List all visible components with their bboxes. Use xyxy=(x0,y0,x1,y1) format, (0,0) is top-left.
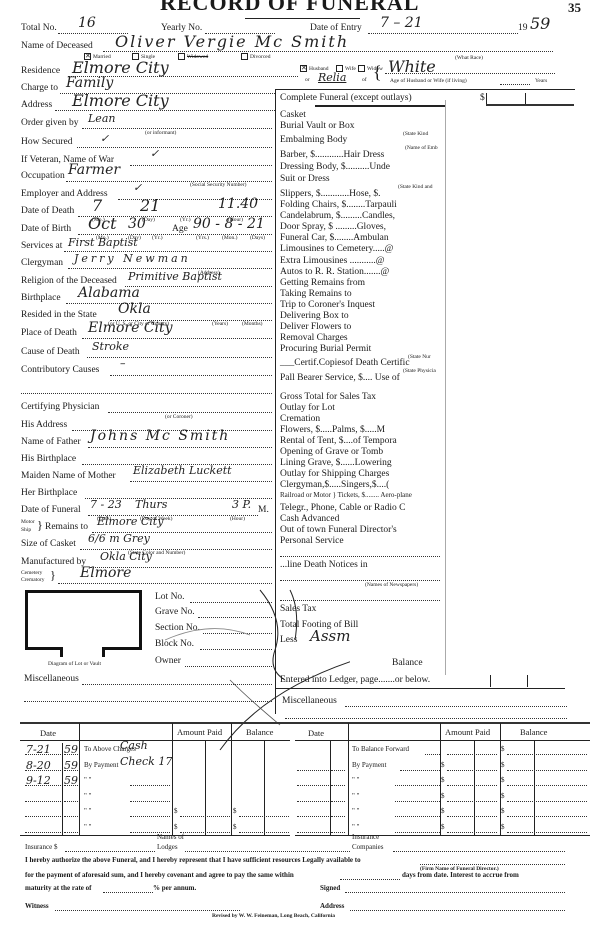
casket-size-value: 6/6 m Grey xyxy=(88,532,150,545)
name-value: Oliver Vergie Mc Smith xyxy=(115,32,349,51)
age-label: Age xyxy=(172,224,188,234)
motor-brace: } xyxy=(37,518,43,533)
charge-item: Telegr., Phone, Cable or Radio C xyxy=(280,503,405,513)
ledger-year: 59 xyxy=(64,774,78,787)
page-number: 35 xyxy=(568,0,581,16)
ledger-desc: " " xyxy=(352,792,359,800)
date-of-entry-line xyxy=(368,33,518,34)
auth-line-3b: % per annum. xyxy=(153,884,196,892)
years-label: Years xyxy=(535,78,547,84)
charge-item: Taking Remains to xyxy=(280,289,352,299)
date-of-entry-value: 7 – 21 xyxy=(380,15,423,31)
signed-line xyxy=(345,892,565,893)
spouse-or: or xyxy=(305,77,310,83)
address-line xyxy=(55,110,275,111)
resided-sub-years: (Years) xyxy=(212,321,228,327)
husband-checkbox[interactable]: ✕ xyxy=(300,65,307,72)
race-label: (What Race) xyxy=(455,55,483,61)
charges-top-border xyxy=(275,89,575,90)
motor-label: Motor xyxy=(21,519,35,525)
blank-line xyxy=(280,556,440,557)
ledger-desc: By Payment xyxy=(84,761,118,769)
cemetery-value: Elmore xyxy=(80,565,131,581)
contrib-line-2 xyxy=(21,393,272,394)
cause-label: Cause of Death xyxy=(21,347,80,357)
ledger-hw-note: Check 17 xyxy=(120,755,172,768)
page-title: RECORD OF FUNERAL xyxy=(160,0,419,16)
ledger-desc: To Balance Forward xyxy=(352,745,409,753)
marital-widowed[interactable]: Widowed xyxy=(178,53,208,60)
charge-sub: (Names of Newspapers) xyxy=(365,582,418,588)
charge-item: Suit or Dress xyxy=(280,174,330,184)
ledger-left-row: " " xyxy=(20,790,290,805)
ledger-date: 8-20 xyxy=(26,759,51,772)
total-no-label: Total No. xyxy=(21,23,57,33)
mother-line xyxy=(130,481,272,482)
ledger-right-balance-header: Balance xyxy=(520,727,547,737)
place-death-label: Place of Death xyxy=(21,328,77,338)
lot-diagram-leg-l xyxy=(60,647,63,657)
funeral-sub-hour: (Hour) xyxy=(230,516,245,522)
age-spouse-label: Age of Husband or Wife (if living) xyxy=(390,78,467,84)
coroner-sub: (or Coroner) xyxy=(165,414,193,420)
dod-day: 21 xyxy=(140,196,160,215)
charge-item: Autos to R. R. Station.......@ xyxy=(280,267,389,277)
charge-item: ...line Death Notices in xyxy=(280,560,368,570)
ledger-desc: " " xyxy=(84,792,91,800)
ledger-left-row: " "$$ xyxy=(20,805,290,820)
address-footer-line xyxy=(350,910,565,911)
widowed-checkbox[interactable] xyxy=(178,53,185,60)
signed-label: Signed xyxy=(320,884,340,892)
how-secured-value: ✓ xyxy=(100,132,109,145)
auth-line-2b: days from date. Interest to accrue from xyxy=(402,871,519,879)
date-of-death-label: Date of Death xyxy=(21,206,74,216)
of-label: of xyxy=(362,77,367,83)
casket-size-label: Size of Casket xyxy=(21,539,76,549)
spouse-of-value: Relia xyxy=(318,71,346,84)
remains-label: Remains to xyxy=(45,522,88,532)
charge-item: Gross Total for Sales Tax xyxy=(280,392,376,402)
widow-checkbox[interactable] xyxy=(358,65,365,72)
charge-item: Out of town Funeral Director's xyxy=(280,525,397,535)
ledger-right-date-header: Date xyxy=(308,728,324,738)
employer-value: ✓ xyxy=(133,181,142,194)
charge-item-complete-funeral: Complete Funeral (except outlays) xyxy=(280,93,412,103)
auth-line-1: I hereby authorize the above Funeral, an… xyxy=(25,856,361,864)
charge-item: Getting Remains from xyxy=(280,278,365,288)
charge-sub: (Name of Emb xyxy=(405,145,438,151)
contrib-label: Contributory Causes xyxy=(21,365,99,375)
ledger-left-row: " "$$ xyxy=(20,821,290,836)
ins-comp-label-2: Companies xyxy=(352,843,384,851)
birthplace-value: Alabama xyxy=(78,285,140,301)
contrib-value: – xyxy=(120,357,126,370)
ledger-right-row: " "$$ xyxy=(295,821,590,836)
contrib-line xyxy=(110,375,272,376)
resided-label: Resided in the State xyxy=(21,310,97,320)
dob-day: 30 xyxy=(128,216,146,232)
clergyman-label: Clergyman xyxy=(21,258,63,268)
name-label: Name of Deceased xyxy=(21,41,93,51)
charge-sub: (State Physicia xyxy=(403,368,436,374)
date-of-birth-label: Date of Birth xyxy=(21,224,71,234)
charge-item: Flowers, $.....Palms, $.....M xyxy=(280,425,385,435)
lot-diagram-gap xyxy=(62,647,104,653)
charge-sub: (State Kind xyxy=(403,131,428,137)
resided-sub-months: (Months) xyxy=(242,321,262,327)
charge-item: Dressing Body, $..........Unde xyxy=(280,162,390,172)
funeral-m: M. xyxy=(258,505,269,515)
charge-item: Cash Advanced xyxy=(280,514,339,524)
charge-sub: (State Kind and xyxy=(398,184,433,190)
misc-label: Miscellaneous xyxy=(24,674,79,684)
year-value: 59 xyxy=(530,14,550,33)
crematory-label: Crematory xyxy=(21,577,45,583)
residence-label: Residence xyxy=(21,66,60,76)
charge-item: Removal Charges xyxy=(280,333,348,343)
ledger-right-amount-header: Amount Paid xyxy=(445,727,490,737)
days-line xyxy=(340,879,400,880)
ship-label: Ship xyxy=(21,527,31,533)
charge-item: Burial Vault or Box xyxy=(280,121,355,131)
cause-value: Stroke xyxy=(92,340,129,353)
ledger-hw-note: Cash xyxy=(120,739,148,752)
revised-by: Revised by W. W. Feineman, Long Beach, C… xyxy=(212,913,335,919)
religion-line xyxy=(125,286,272,287)
name-line xyxy=(103,51,553,52)
how-secured-line xyxy=(77,147,272,148)
charge-item: Outlay for Shipping Charges xyxy=(280,469,389,479)
or-informant-label: (or informant) xyxy=(145,130,176,136)
cause-line xyxy=(87,357,272,358)
lot-diagram-leg-r xyxy=(102,647,105,657)
lodges-label-1: Names of xyxy=(157,833,184,841)
services-value: First Baptist xyxy=(68,236,138,249)
diagram-label: Diagram of Lot or Vault xyxy=(48,661,101,667)
dob-sub-yrs: (Yrs.) xyxy=(196,235,209,241)
charge-item: Pall Bearer Service, $.... Use of xyxy=(280,373,400,383)
ledger-right-header-line xyxy=(295,740,590,741)
charge-item: Trip to Coroner's Inquest xyxy=(280,300,375,310)
charge-item: Delivering Box to xyxy=(280,311,349,321)
auth-line-2a: for the payment of aforesaid sum, and I … xyxy=(25,871,294,879)
occupation-label: Occupation xyxy=(21,171,65,181)
manufactured-label: Manufactured by xyxy=(21,557,86,567)
charge-item: Door Spray, $ .........Gloves, xyxy=(280,222,386,232)
charge-item: Folding Chairs, $........Tarpauli xyxy=(280,200,397,210)
charge-item: Casket xyxy=(280,110,306,120)
charge-item: Cremation xyxy=(280,414,320,424)
lot-diagram xyxy=(25,590,142,650)
ledger-right-row: " "$$ xyxy=(295,774,590,789)
dod-sub-yr: (Yr.) xyxy=(180,217,191,223)
place-death-line xyxy=(82,338,272,339)
birthplace-label: Birthplace xyxy=(21,293,61,303)
ins-comp-label-1: Insurance xyxy=(352,833,379,841)
year-prefix: 19 xyxy=(518,23,528,33)
charges-misc-line xyxy=(345,706,567,707)
charge-item: Barber, $............Hair Dress xyxy=(280,150,384,160)
father-label: Name of Father xyxy=(21,437,81,447)
cemetery-label: Cemetery xyxy=(21,570,42,576)
ledger-left-row: 8-2059By PaymentCheck 17 xyxy=(20,759,290,774)
cemetery-brace: } xyxy=(50,568,56,583)
father-line xyxy=(88,447,272,448)
age-value: 90 - 8 - 21 xyxy=(193,216,265,232)
ledger-desc: " " xyxy=(352,776,359,784)
title-underline xyxy=(245,18,360,19)
charge-item: ___Certif.Copiesof Death Certific xyxy=(280,358,410,368)
charge-item: Personal Service xyxy=(280,536,344,546)
charge-item: Limousines to Cemetery.....@ xyxy=(280,244,393,254)
funeral-day: Thurs xyxy=(135,498,167,511)
physician-label: Certifying Physician xyxy=(21,402,99,412)
birthplace-line xyxy=(66,303,272,304)
charge-item: Candelabrum, $.........Candles, xyxy=(280,211,395,221)
father-value: Johns Mc Smith xyxy=(90,428,230,444)
ledger-year: 59 xyxy=(64,759,78,772)
lodges-line xyxy=(185,851,350,852)
charge-item: Funeral Car, $........Ambulan xyxy=(280,233,389,243)
veteran-value: ✓ xyxy=(150,147,159,160)
charge-item: Lining Grave, $......Lowering xyxy=(280,458,392,468)
order-given-label: Order given by xyxy=(21,118,79,128)
witness-label: Witness xyxy=(25,902,49,910)
race-line xyxy=(385,73,555,74)
occupation-value: Farmer xyxy=(68,162,120,178)
charge-item: Slippers, $............Hose, $. xyxy=(280,189,381,199)
ledger-date: 7-21 xyxy=(26,743,51,756)
charge-item: Rental of Tent, $....of Tempora xyxy=(280,436,397,446)
address-footer-label: Address xyxy=(320,902,344,910)
ledger-desc: " " xyxy=(84,807,91,815)
age-spouse-line xyxy=(500,84,530,85)
dollar-sign: $ xyxy=(480,93,485,103)
ledger-desc: " " xyxy=(84,823,91,831)
address-value: Elmore City xyxy=(72,91,169,110)
place-death-value: Elmore City xyxy=(88,320,173,336)
complete-funeral-underline xyxy=(315,105,445,107)
brace: { xyxy=(373,62,382,83)
divorced-checkbox[interactable] xyxy=(241,53,248,60)
dob-sub-mon: (Mon.) xyxy=(222,235,237,241)
resided-value: Okla xyxy=(118,301,151,317)
amount-underline xyxy=(486,104,574,106)
rate-line xyxy=(103,892,153,893)
ledger-desc: By Payment xyxy=(352,761,386,769)
clergyman-line xyxy=(68,268,272,269)
ledger-left-balance-header: Balance xyxy=(246,727,273,737)
manufactured-value: Okla City xyxy=(100,550,152,563)
clergyman-value: Jerry Newman xyxy=(74,252,191,265)
dod-month: 7 xyxy=(92,196,102,215)
services-label: Services at xyxy=(21,241,62,251)
ledger-left-header-line xyxy=(20,740,290,741)
religion-value: Primitive Baptist xyxy=(128,270,222,283)
ledger-mark-2 xyxy=(527,675,528,687)
firm-line xyxy=(420,864,565,865)
witness-line xyxy=(55,910,240,911)
mother-label: Maiden Name of Mother xyxy=(21,471,116,481)
dod-hour: 11.40 xyxy=(218,196,258,212)
charge-item: Deliver Flowers to xyxy=(280,322,351,332)
ledger-left-amount-header: Amount Paid xyxy=(177,727,222,737)
remains-value: Elmore City xyxy=(97,515,163,528)
charge-item: Railroad or Motor } Tickets, $........ A… xyxy=(280,491,412,499)
ledger-year: 59 xyxy=(64,743,78,756)
balance-label: Balance xyxy=(392,658,423,668)
order-line xyxy=(82,128,272,129)
dob-month: Oct xyxy=(88,214,117,233)
dob-sub-days: (Days) xyxy=(250,235,265,241)
charge-to-value: Family xyxy=(66,75,113,91)
funeral-hour: 3 P. xyxy=(232,498,251,511)
ledger-top-border xyxy=(20,722,590,724)
ledger-right-row: To Balance Forward$ xyxy=(295,743,590,758)
total-no-value: 16 xyxy=(78,15,96,31)
charge-item: Outlay for Lot xyxy=(280,403,335,413)
ledger-left-date-header: Date xyxy=(40,728,56,738)
insurance-label: Insurance $ xyxy=(25,843,57,851)
ledger-left-row: 9-1259" " xyxy=(20,774,290,789)
funeral-date: 7 - 23 xyxy=(90,498,122,511)
ssn-label: (Social Security Number) xyxy=(190,182,247,188)
charge-item: Procuring Burial Permit xyxy=(280,344,371,354)
insurance-line xyxy=(65,851,155,852)
his-birthplace-label: His Birthplace xyxy=(21,454,76,464)
funeral-label: Date of Funeral xyxy=(21,505,81,515)
order-given-value: Lean xyxy=(88,112,115,125)
how-secured-label: How Secured xyxy=(21,137,72,147)
lodges-label-2: Lodges xyxy=(157,843,178,851)
ledger-desc: " " xyxy=(84,776,91,784)
ledger-right-row: By Payment$$ xyxy=(295,759,590,774)
ledger-right-row: " "$$ xyxy=(295,790,590,805)
charge-item: Opening of Grave or Tomb xyxy=(280,447,383,457)
auth-line-3a: maturity at the rate of xyxy=(25,884,91,892)
charge-to-label: Charge to xyxy=(21,83,58,93)
marital-divorced[interactable]: Divorced xyxy=(241,53,270,60)
mother-value: Elizabeth Luckett xyxy=(133,464,232,477)
dob-sub-yr: (Yr.) xyxy=(152,235,163,241)
his-address-label: His Address xyxy=(21,420,67,430)
charge-sub: (State Nur xyxy=(408,354,431,360)
ledger-desc: " " xyxy=(352,823,359,831)
charge-item: Embalming Body xyxy=(280,135,347,145)
address-label: Address xyxy=(21,100,52,110)
ins-comp-line xyxy=(393,851,565,852)
ledger-desc: " " xyxy=(352,807,359,815)
charge-item: Clergyman,$.....Singers,$....( xyxy=(280,480,389,490)
ledger-right-row: " "$$ xyxy=(295,805,590,820)
ledger-date: 9-12 xyxy=(26,774,51,787)
charge-item: Extra Limousines ...........@ xyxy=(280,256,385,266)
charges-right-border xyxy=(445,100,446,675)
physician-line xyxy=(108,412,272,413)
ledger-mark-1 xyxy=(490,675,491,687)
veteran-line xyxy=(130,165,272,166)
her-birthplace-label: Her Birthplace xyxy=(21,488,77,498)
